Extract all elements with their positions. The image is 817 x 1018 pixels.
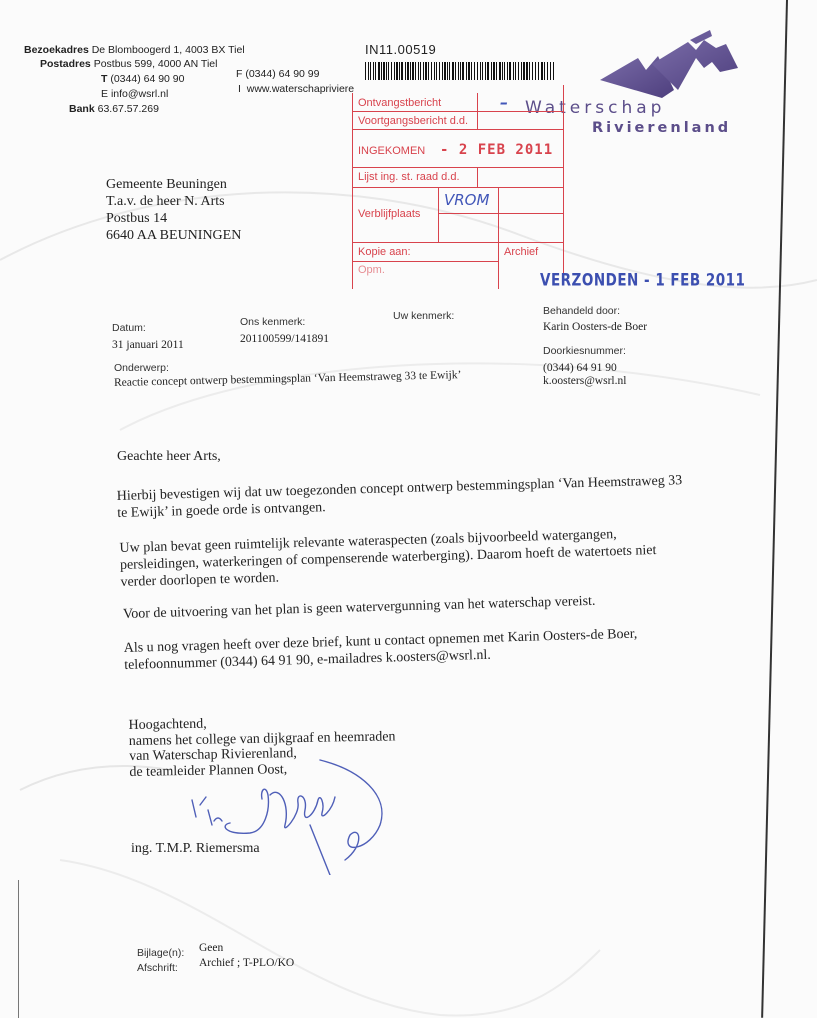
stamp-kopie: Kopie aan:: [358, 246, 411, 258]
fax-value: (0344) 64 90 99: [245, 68, 319, 80]
phone-value: (0344) 64 90 90: [110, 73, 184, 85]
logo-text-rivierenland: Rivierenland: [592, 120, 731, 136]
barcode: [365, 62, 555, 80]
doorkies-label: Doorkiesnummer:: [543, 345, 626, 357]
afschrift-value: Archief ; T-PLO/KO: [199, 957, 294, 969]
web-label: I: [238, 83, 241, 95]
stamp-opm: Opm.: [358, 264, 385, 276]
bezoekadres-label: Bezoekadres: [24, 43, 89, 57]
handwritten-signature: [190, 755, 420, 875]
paragraph-3: Voor de uitvoering van het plan is geen …: [123, 593, 596, 623]
ons-kenmerk-value: 201100599/141891: [240, 333, 329, 345]
email-label: E: [101, 88, 108, 100]
web-value[interactable]: www.waterschapriviere: [247, 83, 354, 95]
stamp-voortgangsbericht: Voortgangsbericht d.d.: [358, 115, 468, 127]
signatory-name: ing. T.M.P. Riemersma: [131, 840, 260, 857]
recipient-line: 6640 AA BEUNINGEN: [106, 227, 241, 244]
page-edge-right: [761, 0, 788, 1018]
postadres-label: Postadres: [40, 57, 91, 71]
recipient-line: Postbus 14: [106, 210, 241, 227]
bank-label: Bank: [69, 102, 95, 116]
waterschap-logo-icon: [600, 28, 740, 108]
email-value[interactable]: info@wsrl.nl: [111, 88, 168, 100]
fax-label: F: [236, 68, 242, 80]
stamp-verblijfplaats: Verblijfplaats: [358, 208, 420, 220]
datum-label: Datum:: [112, 322, 146, 334]
stamp-ontvangstbericht-mark: –: [500, 93, 508, 112]
salutation: Geachte heer Arts,: [117, 448, 221, 465]
recipient-address: Gemeente Beuningen T.a.v. de heer N. Art…: [106, 176, 241, 244]
bijlage-value: Geen: [199, 942, 223, 954]
doorkies-value: (0344) 64 91 90: [543, 362, 617, 374]
bijlage-label: Bijlage(n):: [137, 947, 184, 959]
document-number: IN11.00519: [365, 42, 436, 57]
recipient-line: T.a.v. de heer N. Arts: [106, 193, 241, 210]
stamp-lijst: Lijst ing. st. raad d.d.: [358, 171, 460, 183]
stamp-ontvangstbericht: Ontvangstbericht: [358, 97, 441, 109]
paragraph-2: Uw plan bevat geen ruimtelijk relevante …: [119, 525, 657, 591]
phone-label: T: [101, 72, 107, 86]
bank-value: 63.67.57.269: [98, 103, 159, 115]
sent-stamp: VERZONDEN - 1 FEB 2011: [540, 270, 745, 290]
postadres-value: Postbus 599, 4000 AN Tiel: [94, 58, 218, 70]
behandeld-value: Karin Oosters-de Boer: [543, 321, 647, 333]
uw-kenmerk-label: Uw kenmerk:: [393, 310, 454, 322]
datum-value: 31 januari 2011: [112, 339, 184, 351]
ons-kenmerk-label: Ons kenmerk:: [240, 316, 305, 328]
paragraph-1: Hierbij bevestigen wij dat uw toegezonde…: [117, 472, 683, 522]
page-edge-left: [18, 880, 19, 1018]
behandeld-label: Behandeld door:: [543, 305, 620, 317]
stamp-ingekomen-date: - 2 FEB 2011: [440, 142, 553, 158]
received-stamp: Ontvangstbericht – Voortgangsbericht d.d…: [352, 93, 564, 289]
recipient-line: Gemeente Beuningen: [106, 176, 241, 193]
afschrift-label: Afschrift:: [137, 962, 178, 974]
stamp-archief: Archief: [504, 246, 538, 258]
bezoekadres-value: De Blomboogerd 1, 4003 BX Tiel: [92, 44, 245, 56]
paragraph-line: Voor de uitvoering van het plan is geen …: [123, 593, 596, 623]
stamp-ingekomen-label: INGEKOMEN: [358, 145, 425, 157]
doorkies-email[interactable]: k.oosters@wsrl.nl: [543, 375, 626, 387]
stamp-verblijfplaats-value: VROM: [444, 191, 489, 209]
onderwerp-label: Onderwerp:: [114, 362, 169, 374]
paragraph-4: Als u nog vragen heeft over deze brief, …: [124, 626, 639, 674]
